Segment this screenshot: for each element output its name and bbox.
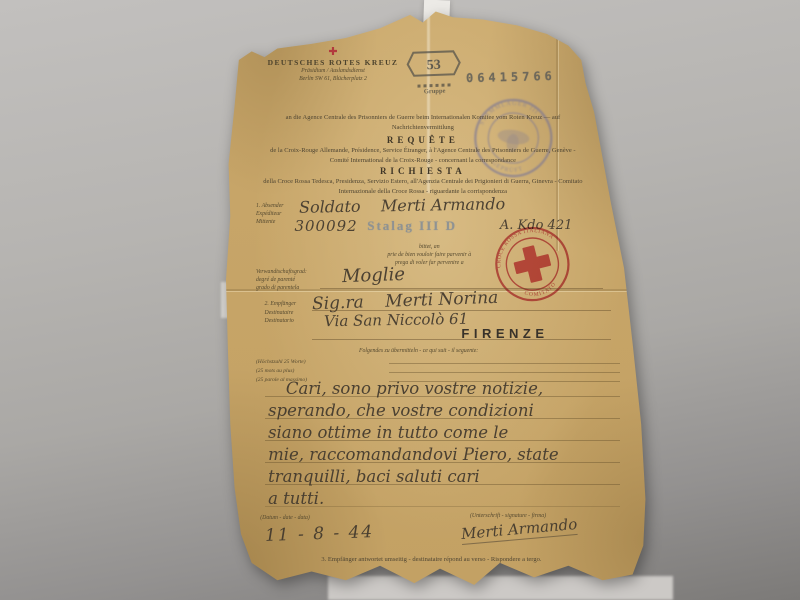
limit-rule-1	[389, 363, 620, 364]
recipient-address-rule	[312, 339, 612, 340]
message-text-3: siano ottime in tutto come le	[268, 423, 508, 442]
intro-german: an die Agence Centrale des Prisonniers d…	[273, 113, 573, 132]
letterhead: ✚ DEUTSCHES ROTES KREUZ Präsidium / Ausl…	[256, 47, 410, 83]
serial-number-stamp: 06415766	[466, 69, 556, 85]
paper-sheet: ✚ DEUTSCHES ROTES KREUZ Präsidium / Ausl…	[226, 8, 654, 586]
photo-of-document: ✚ DEUTSCHES ROTES KREUZ Präsidium / Ausl…	[0, 0, 800, 600]
group-label: Gruppe	[406, 87, 462, 96]
relationship-value-handwritten: Moglie	[341, 264, 405, 287]
sender-label-it: Mittente	[256, 218, 284, 226]
footer-note: 3. Empfänger antwortet umseitig - destin…	[252, 555, 612, 564]
red-cross-icon: ✚	[256, 47, 410, 58]
sender-name-handwritten: Soldato Merti Armando	[299, 195, 505, 218]
limit-label-de: (Höchstzahl 25 Worte)	[256, 358, 307, 367]
message-line-3: siano ottime in tutto come le	[265, 419, 620, 441]
limit-rule-2	[389, 372, 620, 373]
hexagon-stamp-frame: 53	[405, 49, 462, 78]
paper-document: ✚ DEUTSCHES ROTES KREUZ Präsidium / Ausl…	[226, 8, 654, 586]
sender-label-fr: Expéditeur	[256, 210, 284, 218]
document-content: ✚ DEUTSCHES ROTES KREUZ Präsidium / Ausl…	[226, 8, 654, 586]
message-text-5: tranquilli, baci saluti cari	[268, 467, 480, 486]
date-value-handwritten: 11 - 8 - 44	[264, 522, 374, 546]
message-line-6: a tutti.	[265, 485, 620, 507]
organization-dept: Präsidium / Auslandsdienst	[256, 67, 410, 75]
redstamp-ring-bottom-text: COMITATO	[522, 280, 560, 301]
recipient-label: 2. Empfänger Destinataire Destinatario	[265, 300, 297, 324]
relationship-label: Verwandtschaftsgrad: degré de parenté gr…	[256, 268, 307, 292]
message-text-6: a tutti.	[268, 489, 324, 508]
message-line-1: Cari, sono privo vostre notizie,	[265, 375, 620, 397]
group-number-stamp: 53 Gruppe	[405, 49, 463, 96]
organization-address: Berlin SW 61, Blücherplatz 2	[256, 75, 410, 83]
sender-label-de: 1. Absender	[256, 202, 284, 210]
message-text-4: mie, raccomandandovi Piero, state	[268, 445, 559, 464]
organization-name: DEUTSCHES ROTES KREUZ	[256, 58, 410, 67]
recipient-label-de: 2. Empfänger	[265, 300, 297, 308]
transmit-line: Folgendes zu übermitteln - ce qui suit -…	[290, 347, 547, 355]
recipient-address-handwritten: Via San Niccolò 61	[324, 310, 468, 331]
sender-number-handwritten: 300092	[294, 217, 357, 235]
recipient-label-it: Destinatario	[265, 317, 297, 325]
relationship-label-de: Verwandtschaftsgrad:	[256, 268, 307, 276]
richiesta-body: della Croce Rossa Tedesca, Presidenza, S…	[256, 177, 590, 196]
message-text-2: sperando, che vostre condizioni	[268, 401, 534, 420]
sender-label: 1. Absender Expéditeur Mittente	[256, 202, 284, 226]
group-number: 53	[426, 57, 441, 72]
stalag-camp-stamp: Stalag III D	[367, 218, 457, 234]
date-label: (Datum - date - data)	[260, 514, 310, 522]
requete-body: de la Croix-Rouge Allemande, Présidence,…	[260, 146, 585, 165]
richiesta-title: RICHIESTA	[260, 166, 585, 176]
message-line-5: tranquilli, baci saluti cari	[265, 463, 620, 485]
svg-text:COMITATO: COMITATO	[522, 280, 560, 301]
relationship-label-it: grado di parentela	[256, 284, 307, 292]
recipient-label-fr: Destinataire	[265, 309, 297, 317]
message-line-2: sperando, che vostre condizioni	[265, 397, 620, 419]
message-text-1: Cari, sono privo vostre notizie,	[286, 379, 543, 398]
message-line-4: mie, raccomandandovi Piero, state	[265, 441, 620, 463]
requete-title: REQUÊTE	[260, 135, 585, 145]
relationship-label-fr: degré de parenté	[256, 276, 307, 284]
